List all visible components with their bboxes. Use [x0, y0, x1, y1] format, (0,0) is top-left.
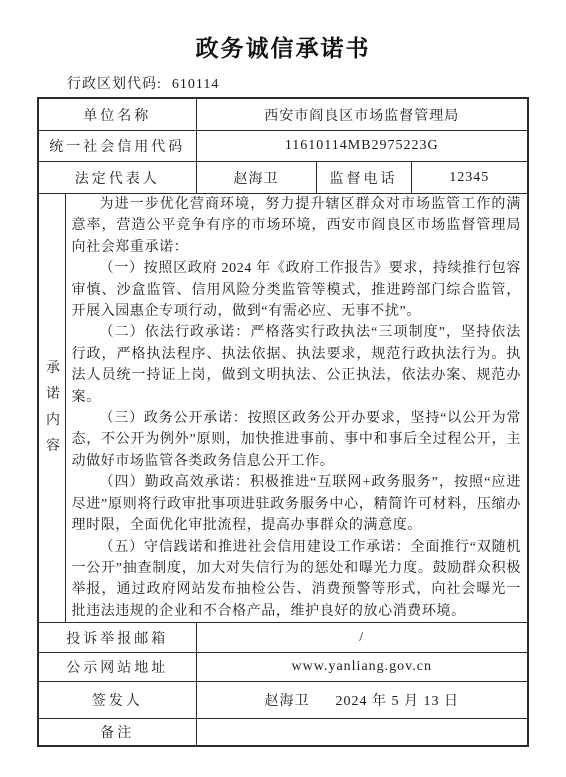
page-title: 政务诚信承诺书 — [0, 30, 566, 63]
credit-code-label: 统一社会信用代码 — [38, 131, 196, 162]
issuer-name: 赵海卫 — [265, 694, 310, 709]
supervision-phone-label: 监督电话 — [316, 162, 411, 194]
row-remarks: 备注 — [38, 719, 528, 747]
remarks-value — [196, 719, 528, 747]
legal-rep-label: 法定代表人 — [38, 162, 196, 194]
row-unit-name: 单位名称 西安市阎良区市场监督管理局 — [38, 98, 528, 131]
unit-name-label: 单位名称 — [38, 98, 196, 131]
supervision-phone-value: 12345 — [411, 162, 528, 194]
row-legal-rep: 法定代表人 赵海卫 监督电话 12345 — [38, 162, 528, 194]
credit-code-value: 11610114MB2975223G — [196, 131, 528, 162]
commitment-body-cell: 为进一步优化营商环境，努力提升辖区群众对市场监管工作的满意率，营造公平竞争有序的… — [65, 194, 528, 623]
complaint-email-label: 投诉举报邮箱 — [38, 623, 196, 653]
issuer-label: 签发人 — [38, 682, 196, 719]
commitment-paragraph: （五）守信践诺和推进社会信用建设工作承诺：全面推行“双随机一公开”抽查制度，加大… — [72, 537, 522, 623]
website-value: www.yanliang.gov.cn — [196, 653, 528, 682]
row-website: 公示网站地址 www.yanliang.gov.cn — [38, 653, 528, 682]
website-label: 公示网站地址 — [38, 653, 196, 682]
remarks-label: 备注 — [38, 719, 196, 747]
commitment-paragraph: （三）政务公开承诺：按照区政务公开办要求，坚持“以公开为常态，不公开为例外”原则… — [72, 408, 522, 472]
admin-code-value: 610114 — [172, 77, 219, 92]
commitment-label-cell: 承诺内容 — [38, 194, 65, 623]
row-issuer: 签发人 赵海卫2024 年 5 月 13 日 — [38, 682, 528, 719]
commitment-paragraph: 为进一步优化营商环境，努力提升辖区群众对市场监管工作的满意率，营造公平竞争有序的… — [72, 194, 522, 258]
commitment-form-table: 单位名称 西安市阎良区市场监督管理局 统一社会信用代码 11610114MB29… — [37, 97, 529, 747]
row-commitment: 承诺内容 为进一步优化营商环境，努力提升辖区群众对市场监管工作的满意率，营造公平… — [38, 194, 528, 623]
issuer-date: 2024 年 5 月 13 日 — [336, 694, 460, 709]
commitment-paragraph: （一）按照区政府 2024 年《政府工作报告》要求，持续推行包容审慎、沙盒监管、… — [72, 258, 522, 322]
admin-code-label: 行政区划代码: — [67, 77, 162, 92]
admin-code-line: 行政区划代码:610114 — [67, 73, 566, 93]
issuer-value-cell: 赵海卫2024 年 5 月 13 日 — [196, 682, 528, 719]
row-credit-code: 统一社会信用代码 11610114MB2975223G — [38, 131, 528, 162]
commitment-label: 承诺内容 — [45, 356, 61, 460]
legal-rep-value: 赵海卫 — [196, 162, 316, 194]
unit-name-value: 西安市阎良区市场监督管理局 — [196, 98, 528, 131]
row-complaint-email: 投诉举报邮箱 / — [38, 623, 528, 653]
commitment-paragraph: （二）依法行政承诺：严格落实行政执法“三项制度”，坚持依法行政，严格执法程序、执… — [72, 322, 522, 408]
complaint-email-value: / — [196, 623, 528, 653]
commitment-paragraph: （四）勤政高效承诺：积极推进“互联网+政务服务”，按照“应进尽进”原则将行政审批… — [72, 472, 522, 536]
